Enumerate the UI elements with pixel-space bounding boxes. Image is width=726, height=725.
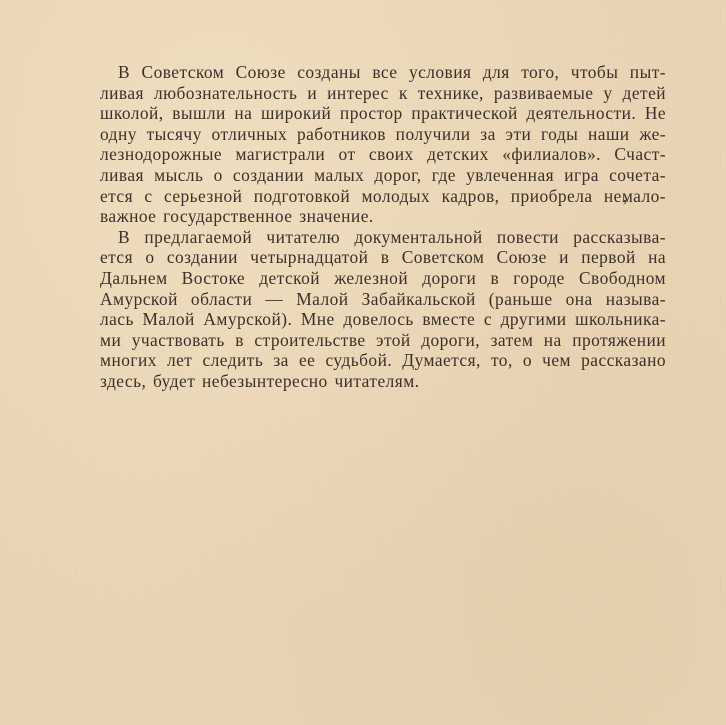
text-line: ется с серьезной подготовкой молодых кад… xyxy=(100,186,666,207)
text-line: Дальнем Востоке детской железной дороги … xyxy=(100,268,666,289)
text-line: ется о создании четырнадцатой в Советско… xyxy=(100,247,666,268)
text-line: лась Малой Амурской). Мне довелось вмест… xyxy=(100,309,666,330)
text-line: ми участвовать в строительстве этой доро… xyxy=(100,330,666,351)
paragraph-1: В Советском Союзе созданы все условия дл… xyxy=(100,62,666,227)
text-line: одну тысячу отличных работников получили… xyxy=(100,124,666,145)
text-line: ливая мысль о создании малых дорог, где … xyxy=(100,165,666,186)
text-line: важное государственное значение. xyxy=(100,206,666,227)
book-page: В Советском Союзе созданы все условия дл… xyxy=(0,0,726,725)
text-line: многих лет следить за ее судьбой. Думает… xyxy=(100,350,666,371)
text-line: В предлагаемой читателю документальной п… xyxy=(100,227,666,248)
text-line: Амурской области — Малой Забайкальской (… xyxy=(100,289,666,310)
body-text: В Советском Союзе созданы все условия дл… xyxy=(100,62,666,392)
paragraph-2: В предлагаемой читателю документальной п… xyxy=(100,227,666,392)
text-line: здесь, будет небезынтересно читателям. xyxy=(100,371,666,392)
text-line: ливая любознательность и интерес к техни… xyxy=(100,83,666,104)
text-line: школой, вышли на широкий простор практич… xyxy=(100,103,666,124)
text-line: В Советском Союзе созданы все условия дл… xyxy=(100,62,666,83)
text-line: лезнодорожные магистрали от своих детски… xyxy=(100,144,666,165)
stray-print-mark: , xyxy=(623,187,627,207)
